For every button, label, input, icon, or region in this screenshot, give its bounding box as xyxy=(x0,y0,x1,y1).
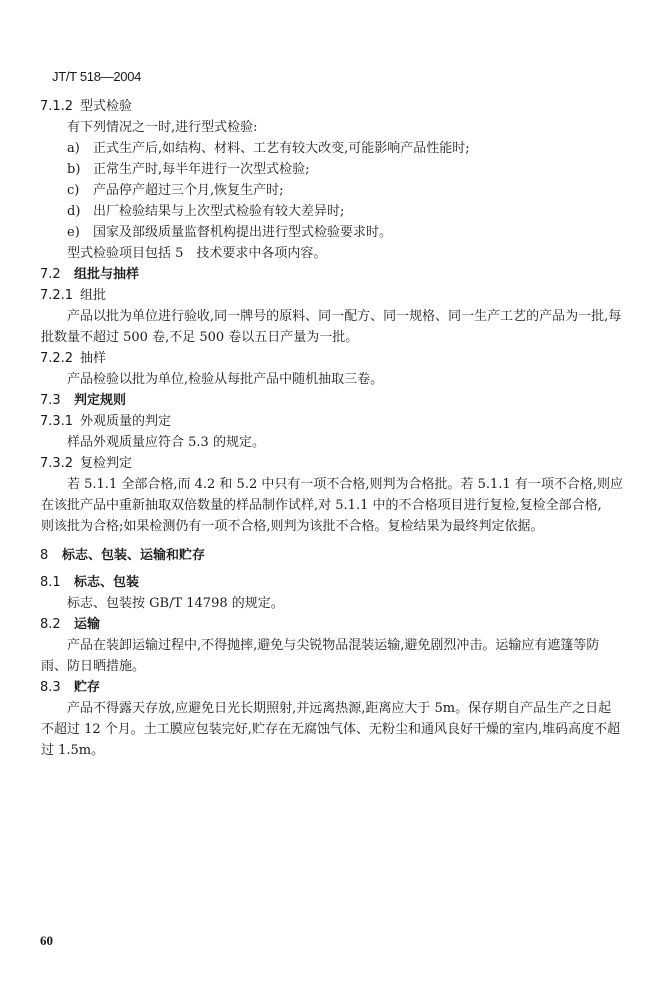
paragraph-continuation: 批数量不超过 500 卷,不足 500 卷以五日产量为一批。 xyxy=(41,328,358,348)
paragraph: 产品在装卸运输过程中,不得抛摔,避免与尖锐物品混装运输,避免剧烈冲击。运输应有遮… xyxy=(67,636,599,656)
paragraph: 样品外观质量应符合 5.3 的规定。 xyxy=(67,433,265,453)
heading-7-3-1: 7.3.1外观质量的判定 xyxy=(40,412,171,432)
paragraph: 标志、包装按 GB/T 14798 的规定。 xyxy=(67,594,284,614)
paragraph-continuation: 雨、防日晒措施。 xyxy=(41,657,145,677)
heading-7-2-1: 7.2.1组批 xyxy=(40,286,106,306)
page-number: 60 xyxy=(40,933,53,949)
heading-7-2: 7.2组批与抽样 xyxy=(40,265,139,285)
paragraph: 若 5.1.1 全部合格,而 4.2 和 5.2 中只有一项不合格,则判为合格批… xyxy=(67,475,623,495)
heading-7-3-2: 7.3.2复检判定 xyxy=(40,454,132,474)
heading-7-3: 7.3判定规则 xyxy=(40,391,126,411)
paragraph: 产品以批为单位进行验收,同一牌号的原料、同一配方、同一规格、同一生产工艺的产品为… xyxy=(67,307,621,327)
heading-8-1: 8.1标志、包装 xyxy=(40,573,139,593)
section-title: 型式检验 xyxy=(80,99,132,114)
standard-code: JT/T 518—2004 xyxy=(52,69,141,84)
section-number: 7.1.2 xyxy=(40,97,80,117)
paragraph: 产品不得露天存放,应避免日光长期照射,并远离热源,距离应大于 5m。保存期自产品… xyxy=(67,699,611,719)
paragraph-continuation: 不超过 12 个月。土工膜应包装完好,贮存在无腐蚀气体、无粉尘和通风良好干燥的室… xyxy=(41,720,620,740)
paragraph-continuation: 在该批产品中重新抽取双倍数量的样品制作试样,对 5.1.1 中的不合格项目进行复… xyxy=(41,496,602,516)
paragraph: 有下列情况之一时,进行型式检验: xyxy=(67,118,258,138)
list-item: c)产品停产超过三个月,恢复生产时; xyxy=(67,181,284,201)
heading-7-2-2: 7.2.2抽样 xyxy=(40,349,106,369)
paragraph-continuation: 过 1.5m。 xyxy=(41,741,104,761)
list-item: b)正常生产时,每半年进行一次型式检验; xyxy=(67,160,310,180)
paragraph: 产品检验以批为单位,检验从每批产品中随机抽取三卷。 xyxy=(67,370,383,390)
paragraph-continuation: 则该批为合格;如果检测仍有一项不合格,则判为该批不合格。复检结果为最终判定依据。 xyxy=(41,517,544,537)
list-item: e)国家及部级质量监督机构提出进行型式检验要求时。 xyxy=(67,223,392,243)
heading-7-1-2: 7.1.2型式检验 xyxy=(40,97,132,117)
heading-8-3: 8.3贮存 xyxy=(40,678,100,698)
heading-8-2: 8.2运输 xyxy=(40,615,100,635)
paragraph: 型式检验项目包括 5 技术要求中各项内容。 xyxy=(67,244,326,264)
list-item: d)出厂检验结果与上次型式检验有较大差异时; xyxy=(67,202,344,222)
heading-8: 8标志、包装、运输和贮存 xyxy=(40,546,205,566)
list-item: a)正式生产后,如结构、材料、工艺有较大改变,可能影响产品性能时; xyxy=(67,139,470,159)
